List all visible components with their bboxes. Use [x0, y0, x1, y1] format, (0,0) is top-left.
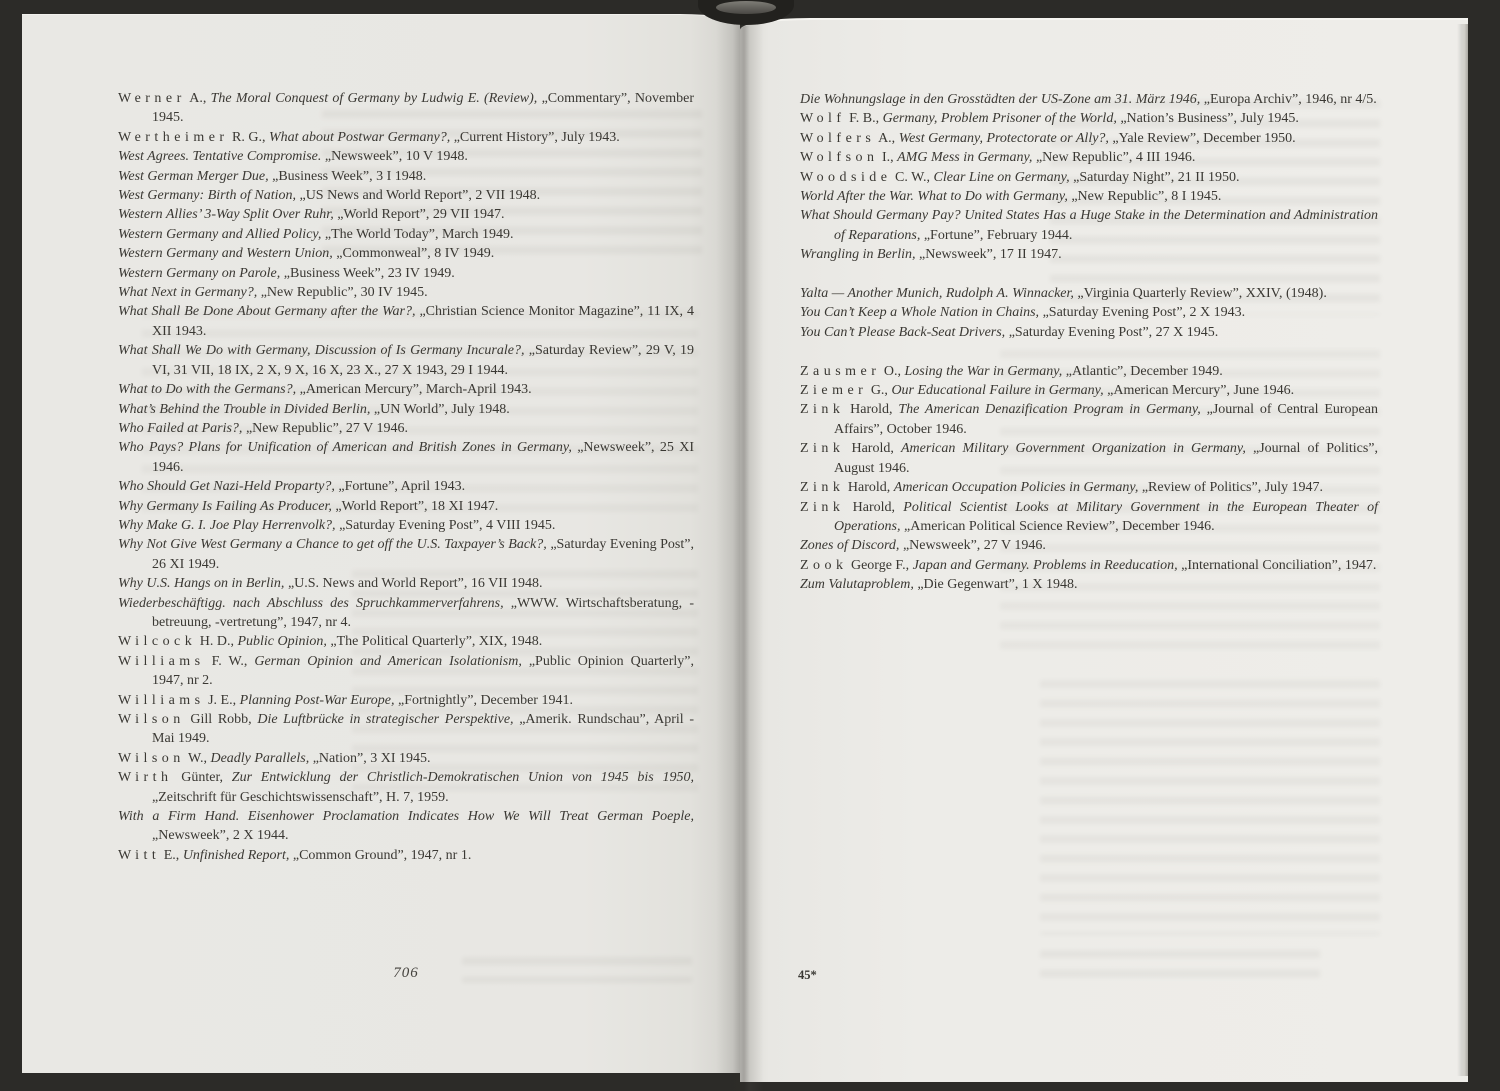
publication-info: „New Republic”, 8 I 1945.	[1068, 189, 1222, 204]
bibliography-entry: Western Allies’ 3-Way Split Over Ruhr, „…	[118, 205, 694, 224]
bibliography-entry: Wiederbeschäftigg. nach Abschluss des Sp…	[118, 594, 694, 633]
work-title: West Agrees. Tentative Compromise.	[118, 149, 321, 164]
work-title: Zones of Discord,	[800, 538, 899, 553]
bleed-through-text	[1040, 950, 1320, 985]
bibliography-entry: Die Wohnungslage in den Grosstädten der …	[800, 90, 1378, 109]
work-title: Germany, Problem Prisoner of the World,	[883, 111, 1117, 126]
publication-info: „Current History”, July 1943.	[450, 130, 620, 145]
work-title: Western Germany and Allied Policy,	[118, 227, 321, 242]
author-name: Werner	[118, 91, 186, 106]
publication-info: „Newsweek”, 17 II 1947.	[916, 247, 1062, 262]
bibliography-entry: World After the War. What to Do with Ger…	[800, 187, 1378, 206]
work-title: Planning Post-War Europe,	[240, 693, 395, 708]
publication-info: F. B.,	[846, 111, 883, 126]
book-gutter	[716, 0, 772, 1091]
work-title: Clear Line on Germany,	[934, 170, 1070, 185]
book-endband	[716, 1, 776, 14]
bibliography-entry: Williams J. E., Planning Post-War Europe…	[118, 691, 694, 710]
author-name: Zink	[800, 402, 844, 417]
publication-info: „American Mercury”, March-April 1943.	[296, 382, 532, 397]
author-name: Wolf	[800, 111, 846, 126]
bibliography-entry: Who Pays? Plans for Unification of Ameri…	[118, 438, 694, 477]
work-title: With a Firm Hand. Eisenhower Proclamatio…	[118, 809, 694, 824]
bibliography-entry: Western Germany and Western Union, „Comm…	[118, 244, 694, 263]
bibliography-entry: Wilson W., Deadly Parallels, „Nation”, 3…	[118, 749, 694, 768]
work-title: Zur Entwicklung der Christlich-Demokrati…	[232, 770, 694, 785]
bibliography-section: Yalta — Another Munich, Rudolph A. Winna…	[800, 284, 1378, 342]
work-title: The Moral Conquest of Germany by Ludwig …	[211, 91, 538, 106]
bibliography-entry: Who Failed at Paris?, „New Republic”, 27…	[118, 419, 694, 438]
bibliography-entry: Zink Harold, The American Denazification…	[800, 400, 1378, 439]
bibliography-entry: Zink Harold, American Military Governmen…	[800, 439, 1378, 478]
work-title: Western Germany and Western Union,	[118, 246, 333, 261]
publication-info: „Saturday Night”, 21 II 1950.	[1070, 170, 1240, 185]
work-title: Public Opinion,	[237, 634, 326, 649]
publication-info: „Fortnightly”, December 1941.	[395, 693, 573, 708]
bibliography-entry: What Next in Germany?, „New Republic”, 3…	[118, 283, 694, 302]
publication-info: „Virginia Quarterly Review”, XXIV, (1948…	[1074, 286, 1327, 301]
publication-info: „Newsweek”, 27 V 1946.	[899, 538, 1045, 553]
author-name: Woodside	[800, 170, 892, 185]
author-name: Zausmer	[800, 364, 880, 379]
work-title: What to Do with the Germans?,	[118, 382, 296, 397]
publication-info: „US News and World Report”, 2 VII 1948.	[296, 188, 540, 203]
publication-info: „Europa Archiv”, 1946, nr 4/5.	[1200, 92, 1377, 107]
bibliography-entry: Wirth Günter, Zur Entwicklung der Christ…	[118, 768, 694, 807]
bibliography-entry: West Agrees. Tentative Compromise. „News…	[118, 147, 694, 166]
publication-info: „New Republic”, 4 III 1946.	[1032, 150, 1195, 165]
work-title: Unfinished Report,	[183, 848, 290, 863]
author-name: Zook	[800, 558, 847, 573]
bibliography-entry: What Shall Be Done About Germany after t…	[118, 302, 694, 341]
work-title: What’s Behind the Trouble in Divided Ber…	[118, 402, 370, 417]
publication-info: „Atlantic”, December 1949.	[1062, 364, 1223, 379]
publication-info: „Saturday Evening Post”, 2 X 1943.	[1039, 305, 1245, 320]
publication-info: W.,	[185, 751, 211, 766]
work-title: Who Should Get Nazi-Held Proparty?,	[118, 479, 335, 494]
work-title: Who Pays? Plans for Unification of Ameri…	[118, 440, 572, 455]
author-name: Wolfson	[800, 150, 878, 165]
publication-info: „Fortune”, February 1944.	[920, 228, 1072, 243]
publication-info: Gill Robb,	[185, 712, 258, 727]
publication-info: J. E.,	[205, 693, 240, 708]
publication-info: „Zeitschrift für Geschichtswissenschaft”…	[152, 790, 449, 805]
bibliography-entry: Zausmer O., Losing the War in Germany, „…	[800, 362, 1378, 381]
publication-info: C. W.,	[892, 170, 934, 185]
publication-info: „Business Week”, 3 I 1948.	[269, 169, 427, 184]
publication-info: „World Report”, 29 VII 1947.	[334, 207, 505, 222]
right-page-bibliography: Die Wohnungslage in den Grosstädten der …	[800, 90, 1378, 595]
bibliography-entry: West German Merger Due, „Business Week”,…	[118, 167, 694, 186]
publication-info: „Nation”, 3 XI 1945.	[309, 751, 430, 766]
work-title: What Should Germany Pay? United States H…	[800, 208, 1378, 242]
work-title: Losing the War in Germany,	[904, 364, 1062, 379]
publication-info: „U.S. News and World Report”, 16 VII 194…	[284, 576, 542, 591]
bibliography-entry: Why Make G. I. Joe Play Herrenvolk?, „Sa…	[118, 516, 694, 535]
publication-info: F. W.,	[205, 654, 255, 669]
bibliography-entry: What to Do with the Germans?, „American …	[118, 380, 694, 399]
work-title: Western Allies’ 3-Way Split Over Ruhr,	[118, 207, 334, 222]
work-title: Western Germany on Parole,	[118, 266, 280, 281]
bibliography-entry: You Can’t Please Back-Seat Drivers, „Sat…	[800, 323, 1378, 342]
work-title: American Military Government Organizatio…	[901, 441, 1246, 456]
publication-info: G.,	[867, 383, 891, 398]
right-page: Die Wohnungslage in den Grosstädten der …	[740, 18, 1468, 1082]
author-name: Wilcock	[118, 634, 196, 649]
publication-info: „Saturday Evening Post”, 27 X 1945.	[1005, 325, 1218, 340]
bibliography-entry: Ziemer G., Our Educational Failure in Ge…	[800, 381, 1378, 400]
publication-info: O.,	[880, 364, 904, 379]
publication-info: H. D.,	[196, 634, 237, 649]
bibliography-entry: Wolfers A., West Germany, Protectorate o…	[800, 129, 1378, 148]
author-name: Zink	[800, 500, 844, 515]
bibliography-entry: Woodside C. W., Clear Line on Germany, „…	[800, 168, 1378, 187]
bibliography-entry: Wrangling in Berlin, „Newsweek”, 17 II 1…	[800, 245, 1378, 264]
publication-info: Harold,	[844, 402, 898, 417]
publication-info: George F.,	[847, 558, 912, 573]
bibliography-section: Zausmer O., Losing the War in Germany, „…	[800, 362, 1378, 595]
publication-info: „American Political Science Review”, Dec…	[901, 519, 1215, 534]
author-name: Zink	[800, 480, 844, 495]
bibliography-entry: Western Germany on Parole, „Business Wee…	[118, 264, 694, 283]
author-name: Ziemer	[800, 383, 867, 398]
work-title: You Can’t Please Back-Seat Drivers,	[800, 325, 1005, 340]
author-name: Wilson	[118, 751, 185, 766]
work-title: AMG Mess in Germany,	[897, 150, 1032, 165]
bibliography-entry: Yalta — Another Munich, Rudolph A. Winna…	[800, 284, 1378, 303]
publication-info: „New Republic”, 27 V 1946.	[242, 421, 408, 436]
author-name: Wolfers	[800, 131, 875, 146]
publication-info: „Nation’s Business”, July 1945.	[1117, 111, 1299, 126]
bibliography-entry: Wilson Gill Robb, Die Luftbrücke in stra…	[118, 710, 694, 749]
publication-info: Harold,	[844, 480, 893, 495]
bleed-through-text	[1040, 680, 1380, 935]
work-title: Die Luftbrücke in strategischer Perspekt…	[257, 712, 513, 727]
bibliography-entry: What Shall We Do with Germany, Discussio…	[118, 341, 694, 380]
bibliography-entry: Wilcock H. D., Public Opinion, „The Poli…	[118, 632, 694, 651]
work-title: Wrangling in Berlin,	[800, 247, 916, 262]
bibliography-entry: Williams F. W., German Opinion and Ameri…	[118, 652, 694, 691]
author-name: Zink	[800, 441, 844, 456]
bibliography-entry: Zook George F., Japan and Germany. Probl…	[800, 556, 1378, 575]
work-title: Our Educational Failure in Germany,	[891, 383, 1103, 398]
bibliography-section: Die Wohnungslage in den Grosstädten der …	[800, 90, 1378, 265]
publication-info: Harold,	[844, 500, 903, 515]
bibliography-entry: Zum Valutaproblem, „Die Gegenwart”, 1 X …	[800, 575, 1378, 594]
work-title: What Shall We Do with Germany, Discussio…	[118, 343, 524, 358]
publication-info: „The World Today”, March 1949.	[321, 227, 513, 242]
author-name: Williams	[118, 693, 205, 708]
work-title: Who Failed at Paris?,	[118, 421, 242, 436]
work-title: American Occupation Policies in Germany,	[894, 480, 1139, 495]
work-title: Yalta — Another Munich, Rudolph A. Winna…	[800, 286, 1074, 301]
publication-info: „Die Gegenwart”, 1 X 1948.	[914, 577, 1078, 592]
work-title: Wiederbeschäftigg. nach Abschluss des Sp…	[118, 596, 504, 611]
bibliography-entry: You Can’t Keep a Whole Nation in Chains,…	[800, 303, 1378, 322]
publication-info: E.,	[160, 848, 183, 863]
bibliography-entry: Why U.S. Hangs on in Berlin, „U.S. News …	[118, 574, 694, 593]
work-title: Why U.S. Hangs on in Berlin,	[118, 576, 284, 591]
author-name: Witt	[118, 848, 160, 863]
page-number: 706	[118, 965, 694, 982]
bibliography-entry: Wertheimer R. G., What about Postwar Ger…	[118, 128, 694, 147]
bibliography-entry: Why Not Give West Germany a Chance to ge…	[118, 535, 694, 574]
work-title: You Can’t Keep a Whole Nation in Chains,	[800, 305, 1039, 320]
publication-info: Günter,	[173, 770, 232, 785]
bibliography-entry: Wolfson I., AMG Mess in Germany, „New Re…	[800, 148, 1378, 167]
publication-info: „American Mercury”, June 1946.	[1104, 383, 1294, 398]
bibliography-entry: West Germany: Birth of Nation, „US News …	[118, 186, 694, 205]
left-page: Werner A., The Moral Conquest of Germany…	[22, 14, 740, 1073]
publication-info: R. G.,	[229, 130, 269, 145]
publication-info: A.,	[875, 131, 898, 146]
publication-info: „Newsweek”, 10 V 1948.	[321, 149, 467, 164]
bibliography-entry: Zink Harold, American Occupation Policie…	[800, 478, 1378, 497]
work-title: Deadly Parallels,	[210, 751, 309, 766]
work-title: German Opinion and American Isolationism…	[254, 654, 522, 669]
work-title: Japan and Germany. Problems in Reeducati…	[913, 558, 1178, 573]
work-title: Why Make G. I. Joe Play Herrenvolk?,	[118, 518, 336, 533]
bibliography-entry: Zink Harold, Political Scientist Looks a…	[800, 498, 1378, 537]
signature-mark: 45*	[798, 968, 817, 983]
work-title: What Next in Germany?,	[118, 285, 257, 300]
bibliography-entry: Zones of Discord, „Newsweek”, 27 V 1946.	[800, 536, 1378, 555]
bibliography-entry: Who Should Get Nazi-Held Proparty?, „For…	[118, 477, 694, 496]
publication-info: I.,	[878, 150, 897, 165]
bibliography-entry: What Should Germany Pay? United States H…	[800, 206, 1378, 245]
work-title: What Shall Be Done About Germany after t…	[118, 304, 415, 319]
work-title: West Germany, Protectorate or Ally?,	[899, 131, 1109, 146]
left-page-bibliography: Werner A., The Moral Conquest of Germany…	[118, 89, 694, 865]
publication-info: „Fortune”, April 1943.	[335, 479, 465, 494]
publication-info: „World Report”, 18 XI 1947.	[332, 499, 498, 514]
work-title: Die Wohnungslage in den Grosstädten der …	[800, 92, 1200, 107]
bibliography-entry: Witt E., Unfinished Report, „Common Grou…	[118, 846, 694, 865]
work-title: Why Not Give West Germany a Chance to ge…	[118, 537, 547, 552]
publication-info: Harold,	[844, 441, 901, 456]
publication-info: „Common Ground”, 1947, nr 1.	[289, 848, 471, 863]
publication-info: „UN World”, July 1948.	[370, 402, 509, 417]
publication-info: „New Republic”, 30 IV 1945.	[257, 285, 427, 300]
bibliography-entry: What’s Behind the Trouble in Divided Ber…	[118, 400, 694, 419]
author-name: Wirth	[118, 770, 173, 785]
publication-info: „The Political Quarterly”, XIX, 1948.	[327, 634, 542, 649]
publication-info: „Business Week”, 23 IV 1949.	[280, 266, 455, 281]
work-title: Why Germany Is Failing As Producer,	[118, 499, 332, 514]
publication-info: A.,	[186, 91, 211, 106]
work-title: West German Merger Due,	[118, 169, 269, 184]
publication-info: „Review of Politics”, July 1947.	[1138, 480, 1323, 495]
work-title: West Germany: Birth of Nation,	[118, 188, 296, 203]
publication-info: „International Conciliation”, 1947.	[1178, 558, 1377, 573]
work-title: What about Postwar Germany?,	[269, 130, 450, 145]
author-name: Wilson	[118, 712, 185, 727]
author-name: Williams	[118, 654, 205, 669]
author-name: Wertheimer	[118, 130, 229, 145]
publication-info: „Saturday Evening Post”, 4 VIII 1945.	[336, 518, 556, 533]
bibliography-entry: With a Firm Hand. Eisenhower Proclamatio…	[118, 807, 694, 846]
publication-info: „Commonweal”, 8 IV 1949.	[333, 246, 495, 261]
work-title: Zum Valutaproblem,	[800, 577, 914, 592]
bibliography-section: Werner A., The Moral Conquest of Germany…	[118, 89, 694, 865]
publication-info: „Newsweek”, 2 X 1944.	[152, 828, 288, 843]
work-title: The American Denazification Program in G…	[898, 402, 1200, 417]
bibliography-entry: Why Germany Is Failing As Producer, „Wor…	[118, 497, 694, 516]
work-title: World After the War. What to Do with Ger…	[800, 189, 1068, 204]
bibliography-entry: Werner A., The Moral Conquest of Germany…	[118, 89, 694, 128]
bibliography-entry: Wolf F. B., Germany, Problem Prisoner of…	[800, 109, 1378, 128]
publication-info: „Yale Review”, December 1950.	[1109, 131, 1296, 146]
bibliography-entry: Western Germany and Allied Policy, „The …	[118, 225, 694, 244]
